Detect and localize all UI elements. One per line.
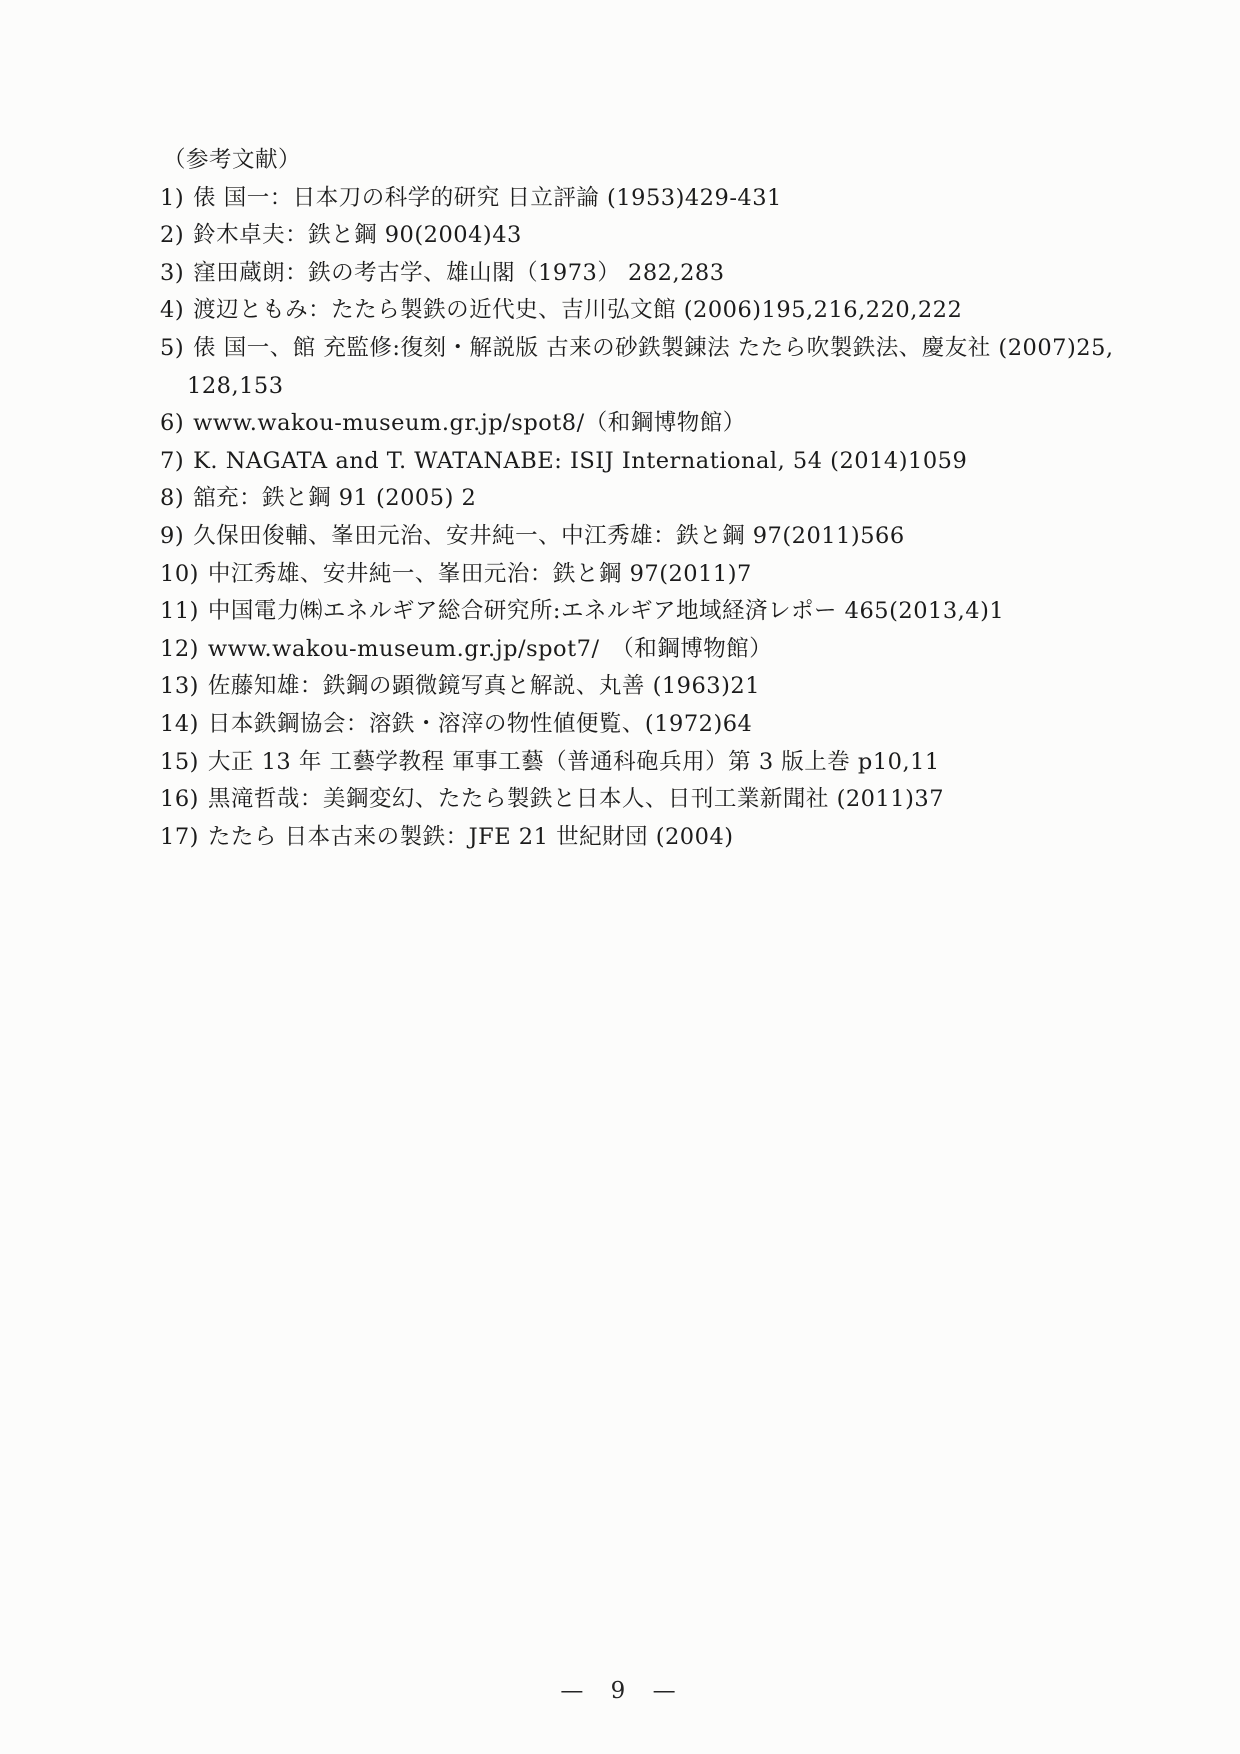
- reference-number: 9): [160, 518, 184, 556]
- reference-item-5-continuation: 128,153: [160, 368, 1060, 406]
- reference-item-4: 4)渡辺ともみ：たたら製鉄の近代史、吉川弘文館 (2006)195,216,22…: [160, 292, 1060, 330]
- reference-number: 12): [160, 631, 199, 669]
- section-heading: （参考文献）: [163, 142, 1060, 180]
- reference-item-7: 7)K. NAGATA and T. WATANABE: ISIJ Intern…: [160, 443, 1060, 481]
- reference-item-17: 17)たたら 日本古来の製鉄：JFE 21 世紀財団 (2004): [160, 819, 1060, 857]
- reference-number: 5): [160, 330, 184, 368]
- reference-text: 中国電力㈱エネルギア総合研究所:エネルギア地域経済レポー 465(2013,4)…: [208, 598, 1004, 624]
- reference-item-9: 9)久保田俊輔、峯田元治、安井純一、中江秀雄：鉄と鋼 97(2011)566: [160, 518, 1060, 556]
- reference-number: 16): [160, 781, 199, 819]
- reference-item-5: 5)俵 国一、館 充監修:復刻・解説版 古来の砂鉄製錬法 たたら吹製鉄法、慶友社…: [160, 330, 1060, 368]
- reference-number: 17): [160, 819, 199, 857]
- reference-text: 日本鉄鋼協会：溶鉄・溶滓の物性値便覧、(1972)64: [208, 711, 752, 737]
- reference-number: 13): [160, 668, 199, 706]
- reference-text: 渡辺ともみ：たたら製鉄の近代史、吉川弘文館 (2006)195,216,220,…: [193, 297, 962, 323]
- reference-text: たたら 日本古来の製鉄：JFE 21 世紀財団 (2004): [208, 824, 734, 850]
- reference-item-3: 3)窪田蔵朗：鉄の考古学、雄山閣（1973） 282,283: [160, 255, 1060, 293]
- reference-text: 鈴木卓夫：鉄と鋼 90(2004)43: [193, 222, 522, 248]
- reference-number: 1): [160, 180, 184, 218]
- reference-item-2: 2)鈴木卓夫：鉄と鋼 90(2004)43: [160, 217, 1060, 255]
- reference-number: 10): [160, 556, 199, 594]
- reference-text: K. NAGATA and T. WATANABE: ISIJ Internat…: [193, 448, 967, 474]
- reference-text: www.wakou-museum.gr.jp/spot8/（和鋼博物館）: [193, 410, 746, 436]
- reference-number: 6): [160, 405, 184, 443]
- reference-item-6: 6)www.wakou-museum.gr.jp/spot8/（和鋼博物館）: [160, 405, 1060, 443]
- reference-text: www.wakou-museum.gr.jp/spot7/ （和鋼博物館）: [208, 636, 772, 662]
- reference-item-11: 11)中国電力㈱エネルギア総合研究所:エネルギア地域経済レポー 465(2013…: [160, 593, 1060, 631]
- reference-text: 黒滝哲哉：美鋼変幻、たたら製鉄と日本人、日刊工業新聞社 (2011)37: [208, 786, 944, 812]
- reference-item-1: 1)俵 国一：日本刀の科学的研究 日立評論 (1953)429-431: [160, 180, 1060, 218]
- reference-item-14: 14)日本鉄鋼協会：溶鉄・溶滓の物性値便覧、(1972)64: [160, 706, 1060, 744]
- page-number: — 9 —: [0, 1678, 1240, 1704]
- reference-text: 舘充：鉄と鋼 91 (2005) 2: [193, 485, 476, 511]
- document-page: （参考文献） 1)俵 国一：日本刀の科学的研究 日立評論 (1953)429-4…: [0, 0, 1240, 1754]
- reference-number: 4): [160, 292, 184, 330]
- reference-number: 3): [160, 255, 184, 293]
- reference-text: 大正 13 年 工藝学教程 軍事工藝（普通科砲兵用）第 3 版上巻 p10,11: [208, 749, 940, 775]
- reference-item-8: 8)舘充：鉄と鋼 91 (2005) 2: [160, 480, 1060, 518]
- reference-text: 俵 国一：日本刀の科学的研究 日立評論 (1953)429-431: [193, 185, 782, 211]
- reference-item-10: 10)中江秀雄、安井純一、峯田元治：鉄と鋼 97(2011)7: [160, 556, 1060, 594]
- reference-text: 128,153: [187, 373, 284, 399]
- reference-text: 俵 国一、館 充監修:復刻・解説版 古来の砂鉄製錬法 たたら吹製鉄法、慶友社 (…: [193, 335, 1113, 361]
- reference-number: 2): [160, 217, 184, 255]
- reference-text: 窪田蔵朗：鉄の考古学、雄山閣（1973） 282,283: [193, 260, 724, 286]
- reference-number: 14): [160, 706, 199, 744]
- reference-number: 15): [160, 744, 199, 782]
- reference-number: 8): [160, 480, 184, 518]
- reference-text: 中江秀雄、安井純一、峯田元治：鉄と鋼 97(2011)7: [208, 561, 752, 587]
- reference-item-13: 13)佐藤知雄：鉄鋼の顕微鏡写真と解説、丸善 (1963)21: [160, 668, 1060, 706]
- reference-item-15: 15)大正 13 年 工藝学教程 軍事工藝（普通科砲兵用）第 3 版上巻 p10…: [160, 744, 1060, 782]
- reference-text: 佐藤知雄：鉄鋼の顕微鏡写真と解説、丸善 (1963)21: [208, 673, 760, 699]
- reference-number: 11): [160, 593, 199, 631]
- reference-item-12: 12)www.wakou-museum.gr.jp/spot7/ （和鋼博物館）: [160, 631, 1060, 669]
- reference-item-16: 16)黒滝哲哉：美鋼変幻、たたら製鉄と日本人、日刊工業新聞社 (2011)37: [160, 781, 1060, 819]
- references-section: （参考文献） 1)俵 国一：日本刀の科学的研究 日立評論 (1953)429-4…: [160, 142, 1060, 856]
- reference-text: 久保田俊輔、峯田元治、安井純一、中江秀雄：鉄と鋼 97(2011)566: [193, 523, 905, 549]
- reference-number: 7): [160, 443, 184, 481]
